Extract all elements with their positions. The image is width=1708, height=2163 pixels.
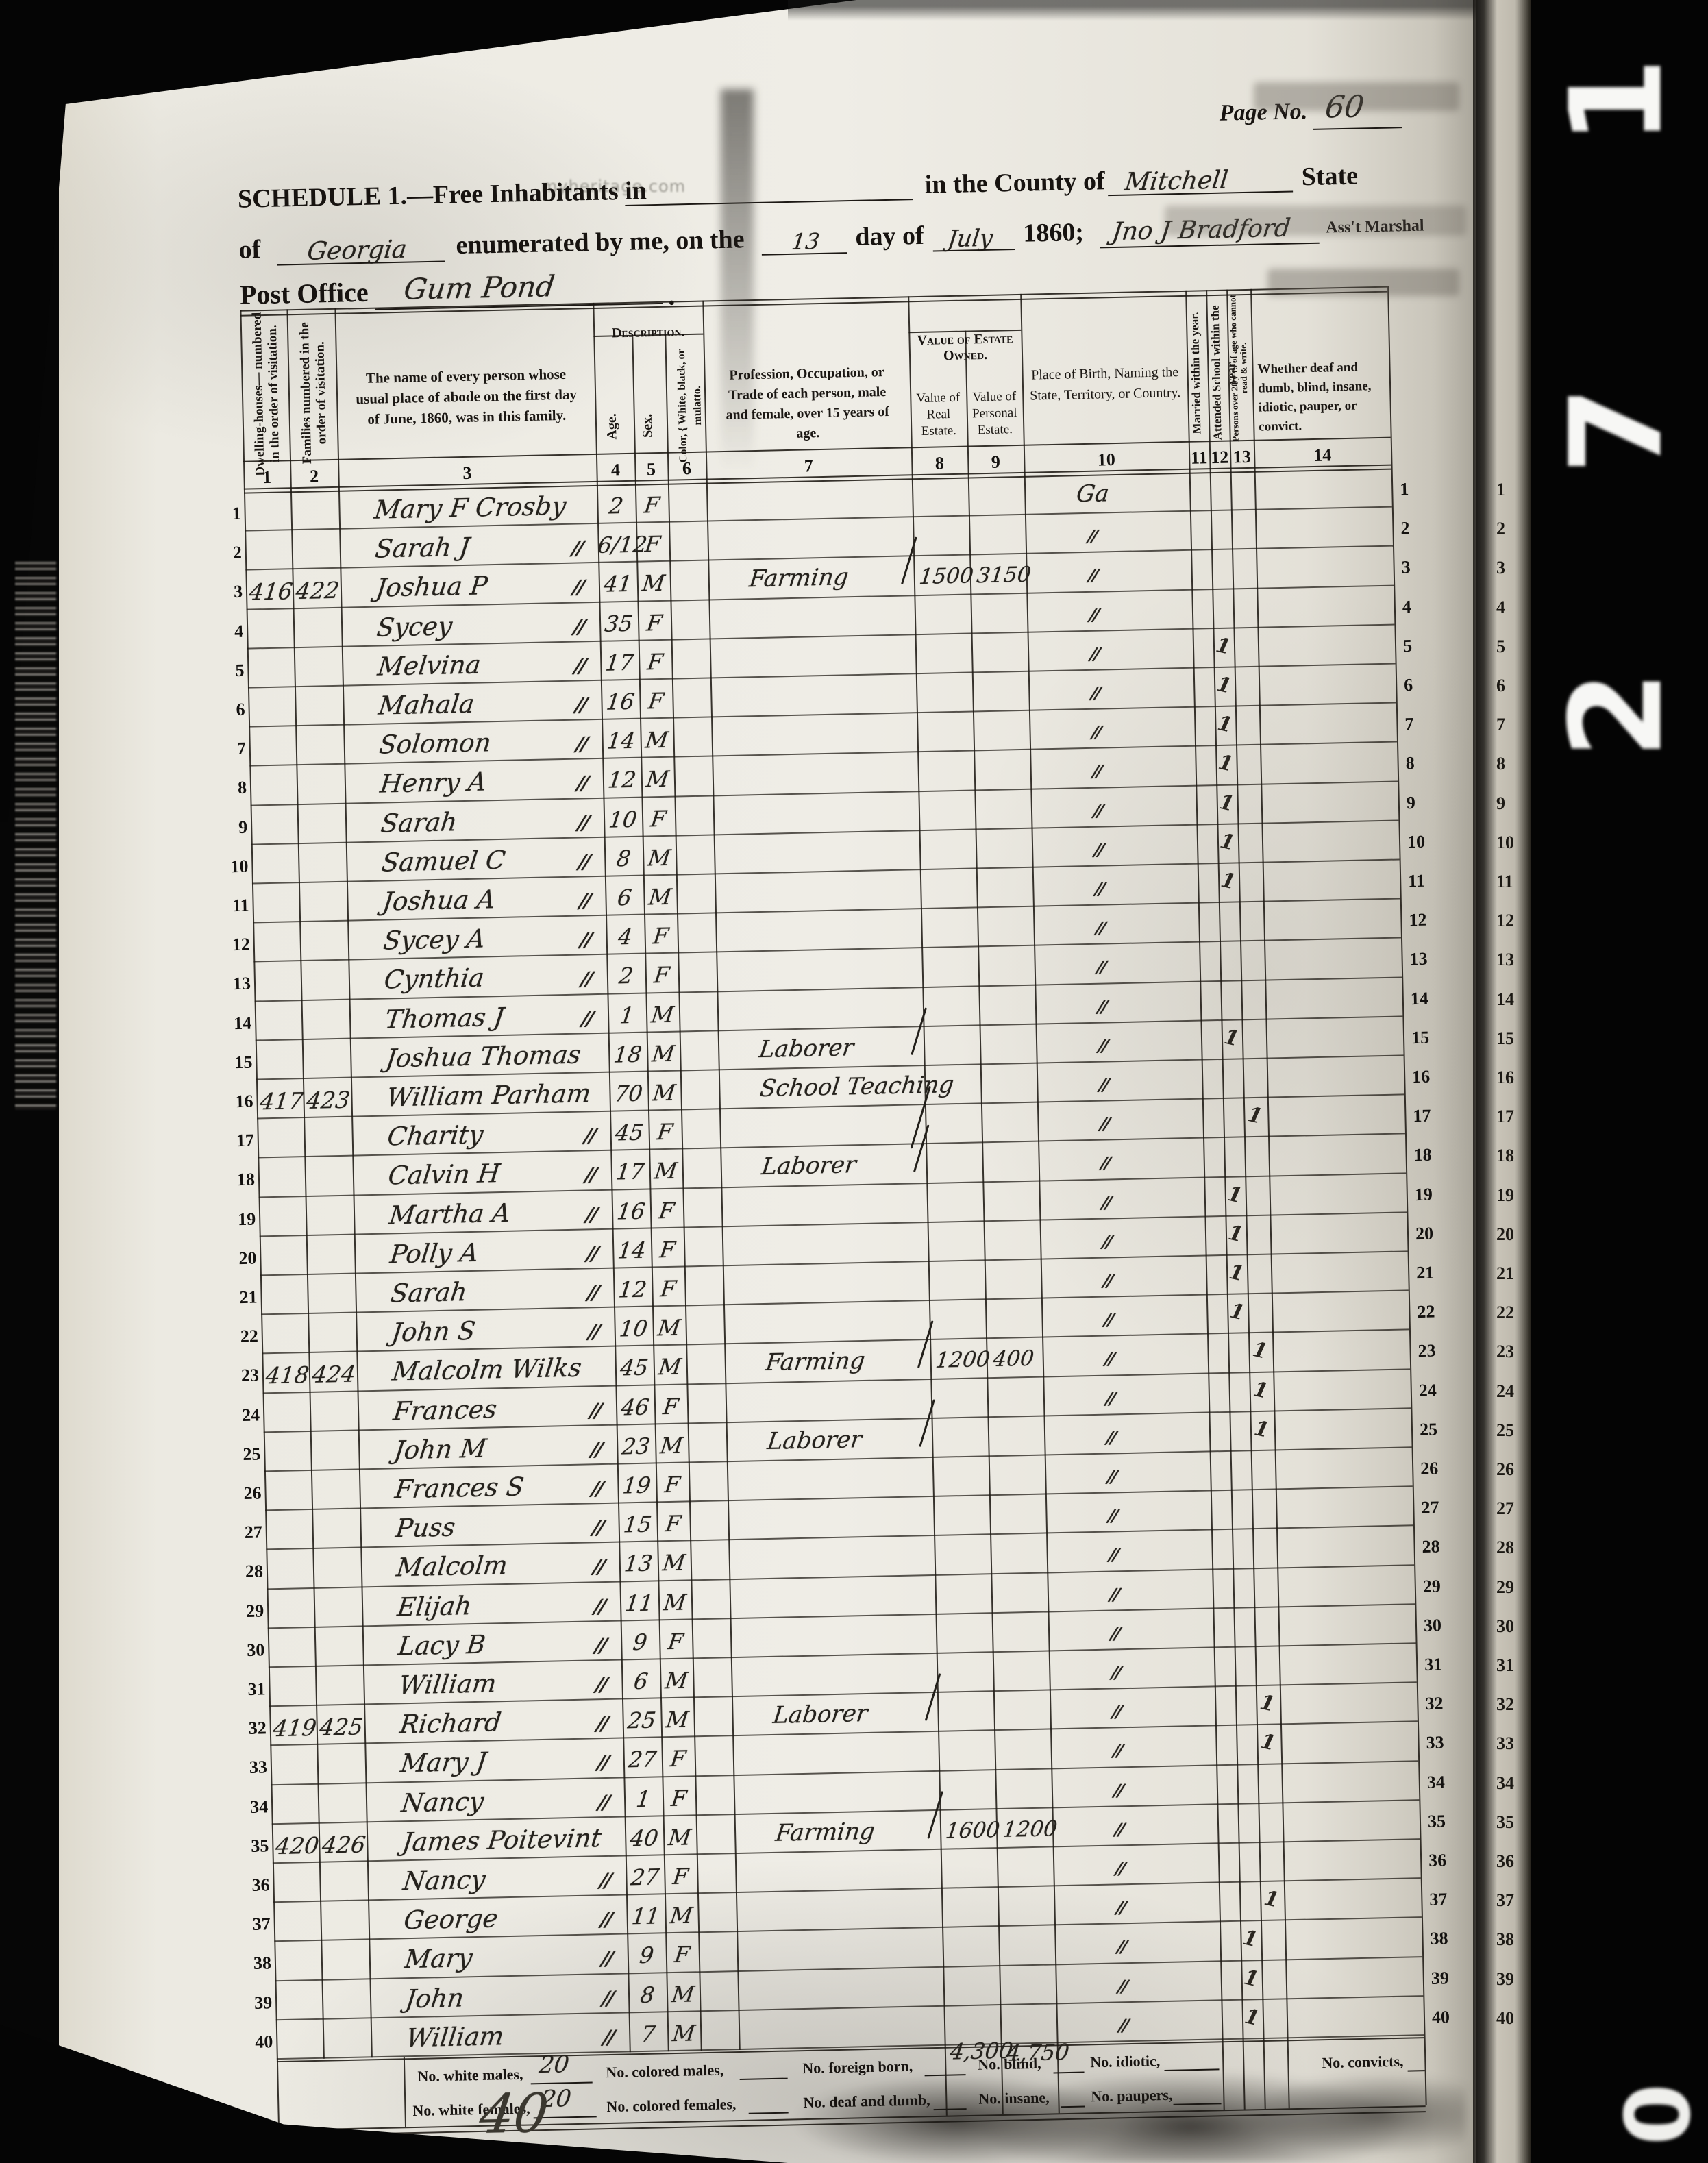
real-estate-value: 1600 [944,1818,1001,1844]
page-gutter: 1234567891011121314151617181920212223242… [1473,0,1533,2163]
age-value: 17 [599,649,641,676]
person-name: Sarah J [373,532,471,564]
sliver-row-number: 34 [1496,1773,1514,1794]
person-name: Martha A [388,1198,512,1230]
age-value: 14 [600,728,642,754]
person-name: Sarah [389,1277,469,1308]
surname-ditto: // [577,850,589,873]
sliver-row-number: 35 [1496,1812,1514,1833]
surname-ditto: // [584,1164,596,1187]
top-right-film-edge [788,0,1476,21]
row-number-right: 11 [1408,870,1443,891]
row-number-left: 27 [233,1522,262,1544]
row-number-right: 26 [1420,1458,1455,1479]
row-number-left: 33 [238,1757,268,1779]
county-label: in the County of [924,166,1105,199]
sex-value: F [643,923,679,950]
sex-value: M [662,1824,698,1851]
surname-ditto: // [572,615,584,638]
census-scan-page: myheritage.com Page No. 60 SCHEDULE 1.—F… [0,0,1708,2163]
birthplace-ditto: // [1104,1388,1115,1408]
sliver-row-number: 21 [1496,1263,1514,1284]
row-number-right: 34 [1426,1771,1461,1792]
attended-school-tick: 1 [1225,1181,1244,1208]
age-value: 6/12 [596,532,638,558]
day-of-label: day of [855,221,924,252]
birthplace-ditto: // [1115,1858,1125,1878]
row-number-right: 6 [1404,674,1439,695]
age-value: 6 [620,1668,662,1694]
surname-ditto: // [583,1124,595,1147]
sex-value: M [645,1001,681,1028]
sex-value: M [636,570,672,597]
attended-school-tick: 1 [1241,1926,1260,1953]
sex-value: M [659,1706,695,1733]
row-number-right: 24 [1419,1380,1454,1401]
surname-ditto: // [579,928,591,951]
sex-value: M [663,1902,700,1929]
attended-school-tick: 1 [1217,789,1236,816]
row-number-right: 40 [1432,2007,1467,2028]
row-number-right: 37 [1429,1889,1464,1910]
row-number-right: 31 [1424,1654,1459,1675]
sliver-row-number: 40 [1496,2008,1514,2029]
occupation-value: Laborer [758,1034,855,1063]
sliver-row-number: 5 [1496,636,1505,657]
person-name: Solomon [378,728,493,760]
family-number: 426 [321,1831,367,1858]
person-name: Joshua A [381,885,497,917]
bottom-shadow [740,2042,1466,2163]
person-name: Malcolm Wilks [391,1353,583,1387]
birthplace-ditto: // [1093,839,1103,859]
row-number-right: 15 [1411,1027,1446,1048]
sliver-row-number: 1 [1496,480,1505,500]
birthplace-ditto: // [1106,1466,1117,1486]
sliver-row-number: 19 [1496,1185,1514,1206]
surname-ditto: // [600,1947,612,1970]
cannot-read-tick: 1 [1262,1886,1281,1913]
sheet-content: Page No. 60 SCHEDULE 1.—Free Inhabitants… [52,0,1514,2163]
row-number-left: 11 [220,895,249,917]
sex-value: F [654,1471,691,1498]
age-value: 11 [625,1903,667,1929]
column-number-7: 7 [795,456,823,477]
col-header-name: The name of every person whose usual pla… [351,363,582,430]
row-number-right: 32 [1425,1693,1460,1714]
person-name: Henry A [378,767,488,799]
sliver-row-number: 31 [1496,1655,1514,1676]
surname-ditto: // [593,1595,605,1618]
row-number-left: 6 [216,700,245,721]
row-number-left: 15 [223,1052,253,1073]
sliver-row-number: 37 [1496,1890,1514,1911]
year-label: 1860; [1023,217,1085,249]
sliver-row-number: 12 [1496,911,1514,931]
sliver-row-number: 9 [1496,793,1505,814]
row-number-right: 16 [1412,1066,1447,1087]
age-value: 8 [627,1981,669,2008]
row-number-right: 1 [1400,478,1435,499]
sex-value: F [641,805,677,832]
row-number-right: 8 [1405,753,1440,774]
row-number-right: 23 [1418,1340,1452,1361]
row-number-right: 36 [1428,1850,1463,1871]
sex-value: F [636,609,673,636]
sliver-row-number: 13 [1496,950,1514,970]
row-number-left: 26 [232,1483,262,1504]
occupation-value: Laborer [760,1152,857,1181]
district-blank [625,197,913,206]
row-number-left: 35 [240,1836,269,1857]
col-header-deaf-dumb: Whether deaf and dumb, blind, insane, id… [1257,358,1385,437]
age-value: 17 [610,1159,652,1185]
age-value: 25 [621,1707,663,1733]
sex-value: M [666,2020,702,2047]
birthplace-ditto: // [1098,1074,1109,1094]
sex-value: M [654,1432,690,1459]
film-scratches [15,562,56,1110]
surname-ditto: // [575,732,587,755]
sliver-row-number: 17 [1496,1107,1514,1127]
sex-value: F [660,1746,697,1772]
surname-ditto: // [591,1477,603,1500]
row-number-left: 24 [231,1405,260,1426]
sliver-row-number: 10 [1496,832,1514,853]
person-name: Polly A [388,1237,480,1269]
sex-value: M [651,1315,687,1342]
row-number-right: 28 [1422,1536,1457,1557]
age-value: 27 [622,1746,664,1773]
birthplace-ditto: // [1100,1153,1110,1173]
surname-ditto: // [575,772,588,795]
value-estate-group-header: Value of Estate Owned. [908,331,1022,364]
birthplace-ditto: // [1108,1545,1118,1565]
dwelling-number: 420 [274,1832,321,1859]
birthplace-ditto: // [1103,1310,1113,1330]
row-number-right: 7 [1404,713,1439,734]
birthplace-ditto: // [1096,996,1106,1016]
person-name: Richard [398,1707,503,1739]
row-number-left: 1 [212,504,241,525]
occupation-value: Laborer [766,1426,863,1455]
cannot-read-tick: 1 [1258,1690,1277,1717]
film-band: 172 0 [1531,0,1708,2163]
person-name: William Parham [385,1078,593,1112]
person-name: Sycey [375,611,454,642]
row-number-right: 4 [1402,596,1437,617]
age-value: 1 [606,1002,648,1028]
birthplace-ditto: // [1099,1114,1109,1134]
surname-ditto: // [585,1242,597,1265]
surname-ditto: // [584,1203,597,1226]
sliver-row-number: 29 [1496,1577,1514,1598]
birthplace-ditto: // [1111,1701,1122,1721]
sliver-row-number: 33 [1496,1733,1514,1754]
occupation-value: Laborer [771,1700,869,1729]
table-vline-15 [404,2057,406,2127]
person-name: Mary F Crosby [373,491,568,525]
sex-value: F [647,1119,683,1146]
dwelling-number: 419 [271,1714,318,1742]
birthplace-ditto: // [1109,1584,1119,1604]
row-number-left: 14 [223,1013,252,1034]
age-value: 11 [619,1590,660,1616]
sex-value: M [656,1550,693,1577]
age-value: 10 [612,1315,654,1342]
sliver-row-number: 6 [1496,676,1505,696]
bleedthrough-patch [1165,206,1466,236]
cannot-read-tick: 1 [1250,1337,1270,1364]
age-value: 4 [604,924,646,950]
surname-ditto: // [596,1751,608,1774]
surname-ditto: // [571,537,583,560]
person-name: William [405,2021,506,2053]
day-value: 13 [790,228,821,255]
birthplace-ditto: // [1095,918,1105,938]
surname-ditto: // [586,1281,599,1304]
age-value: 15 [617,1511,658,1538]
person-name: James Poitevint [401,1823,603,1857]
enumerated-text: enumerated by me, on the [456,224,745,260]
column-number-13: 13 [1228,447,1256,468]
row-number-left: 32 [237,1718,267,1740]
surname-ditto: // [599,1869,611,1892]
white-males-label: No. white males, [417,2066,523,2086]
surname-ditto: // [595,1712,608,1735]
attended-school-tick: 1 [1217,829,1237,856]
family-number: 423 [305,1087,351,1114]
of-label: of [238,234,261,265]
schedule-title: SCHEDULE 1.—Free Inhabitants in [238,175,647,214]
family-number: 422 [295,577,341,604]
day-underline [762,251,847,256]
row-number-left: 4 [214,621,244,642]
row-number-left: 30 [236,1640,265,1661]
row-number-left: 28 [234,1561,264,1583]
row-number-left: 16 [224,1091,253,1113]
birthplace-ditto: // [1102,1270,1113,1290]
attended-school-tick: 1 [1213,633,1233,660]
age-value: 12 [602,767,643,793]
age-value: 45 [608,1120,650,1146]
row-number-right: 9 [1407,792,1441,813]
sex-value: F [649,1236,686,1263]
person-name: Calvin H [386,1159,502,1191]
personal-estate-value: 3150 [976,563,1032,589]
birthplace-ditto: // [1089,643,1099,663]
birthplace-ditto: // [1101,1231,1111,1251]
sliver-row-number: 39 [1496,1969,1514,1990]
surname-ditto: // [602,2026,614,2049]
age-value: 1 [623,1785,665,1812]
sex-value: M [641,844,678,871]
birthplace-ditto: // [1091,761,1102,781]
surname-ditto: // [589,1438,602,1461]
column-number-14: 14 [1309,445,1337,466]
cannot-read-tick: 1 [1252,1416,1271,1443]
sliver-row-number: 26 [1496,1459,1514,1480]
film-frame-digit: 1 [1542,58,1690,146]
row-number-left: 17 [225,1130,255,1152]
row-number-right: 35 [1428,1811,1463,1832]
row-number-left: 3 [214,582,243,603]
row-number-right: 18 [1413,1144,1448,1165]
birthplace-ditto: // [1092,800,1102,820]
row-number-left: 36 [240,1875,270,1896]
person-name: Elijah [396,1591,473,1622]
row-number-right: 33 [1426,1732,1461,1753]
row-number-right: 27 [1421,1497,1456,1518]
cannot-read-tick: 1 [1251,1377,1270,1404]
row-number-left: 38 [243,1953,272,1975]
sex-value: M [646,1079,682,1106]
row-number-left: 10 [219,856,249,877]
sex-value: M [648,1158,684,1185]
birthplace-ditto: // [1096,957,1106,977]
attended-school-tick: 1 [1215,711,1235,738]
row-number-right: 10 [1407,831,1442,852]
person-name: Sycey A [382,924,486,956]
row-number-right: 14 [1411,988,1446,1009]
col-header-married: Married within the year. [1187,304,1208,442]
sex-value: M [657,1589,693,1616]
sex-value: F [663,1863,699,1890]
column-number-9: 9 [982,452,1010,473]
person-name: Cynthia [382,963,486,995]
sex-value: M [665,1981,702,2007]
sliver-row-number: 8 [1496,754,1505,774]
grand-total-scribble: 40 [476,2083,552,2146]
attended-school-tick: 1 [1241,1965,1261,1992]
age-value: 9 [619,1629,661,1655]
age-value: 2 [595,493,637,519]
column-number-4: 4 [602,460,630,481]
col-header-dwelling: Dwelling-houses— numbered in the order o… [249,312,280,477]
surname-ditto: // [580,1007,593,1030]
birthplace-ditto: // [1117,2015,1128,2035]
person-name: Charity [386,1120,485,1152]
attended-school-tick: 1 [1226,1221,1245,1248]
real-estate-value: 1500 [918,564,975,590]
surname-ditto: // [597,1791,609,1814]
sex-value: F [644,962,680,989]
row-number-left: 9 [219,817,248,838]
age-value: 10 [602,806,644,832]
column-number-1: 1 [253,467,281,489]
row-number-left: 2 [213,543,243,564]
row-number-left: 7 [217,739,247,760]
surname-ditto: // [599,1908,612,1931]
dwelling-number: 418 [264,1361,311,1389]
row-number-left: 8 [218,778,247,799]
birthplace-ditto: // [1100,1192,1111,1212]
row-number-left: 13 [222,974,251,995]
surname-ditto: // [595,1673,607,1696]
sex-value: F [650,1275,686,1302]
col-header-personal-estate: Value of Personal Estate. [967,388,1022,439]
row-number-right: 5 [1403,635,1438,656]
sex-value: F [655,1511,691,1537]
sex-value: F [634,531,671,558]
person-name: Lacy B [397,1629,487,1661]
age-value: 23 [615,1433,657,1459]
sliver-row-number: 14 [1496,989,1514,1010]
attended-school-tick: 1 [1227,1260,1246,1287]
state-word: State [1301,161,1358,193]
sex-value: F [653,1393,689,1420]
sliver-row-number: 30 [1496,1616,1514,1637]
surname-ditto: // [593,1634,606,1657]
row-number-left: 29 [235,1600,264,1622]
attended-school-tick: 1 [1228,1299,1247,1326]
surname-ditto: // [571,576,584,599]
age-value: 9 [626,1942,668,1969]
sex-value: M [658,1667,695,1694]
row-number-right: 29 [1422,1576,1457,1597]
attended-school-tick: 1 [1215,672,1234,699]
dwelling-number: 416 [248,578,295,606]
post-office-label: Post Office [239,276,369,311]
row-number-right: 30 [1424,1615,1459,1636]
person-name: Mahala [377,689,476,721]
surname-ditto: // [574,693,586,716]
person-name: Samuel C [380,845,507,878]
white-males-value: 20 [538,2051,571,2079]
birthplace-ditto: // [1087,565,1098,585]
sliver-row-number: 22 [1496,1302,1514,1323]
sliver-row-number: 15 [1496,1028,1514,1049]
occupation-value: Farming [764,1347,866,1376]
sex-value: F [638,688,674,715]
person-name: Puss [394,1513,457,1544]
birthplace-ditto: // [1090,683,1100,703]
row-number-left: 19 [227,1209,256,1230]
age-value: 46 [615,1394,656,1420]
age-value: 45 [614,1355,656,1381]
person-name: Mary J [399,1747,488,1779]
birthplace-ditto: // [1091,722,1101,742]
row-number-left: 20 [227,1248,257,1269]
row-number-right: 39 [1431,1967,1465,1988]
person-name: William [397,1668,498,1700]
fold-shadow [721,89,754,473]
birthplace-ditto: // [1117,1976,1127,1996]
family-number: 425 [318,1714,364,1741]
person-name: Nancy [400,1786,486,1818]
age-value: 7 [628,2020,669,2047]
sex-value: F [634,492,670,519]
col-header-families: Families numbered in the order of visita… [297,310,327,475]
sliver-row-number: 16 [1496,1067,1514,1088]
person-name: Joshua Thomas [384,1039,583,1073]
age-value: 13 [618,1550,660,1577]
row-number-right: 22 [1417,1301,1452,1322]
row-number-right: 20 [1415,1223,1450,1244]
person-name: Sarah [380,807,459,838]
row-number-right: 17 [1413,1105,1448,1126]
person-name: John S [390,1316,477,1348]
birthplace-ditto: // [1094,879,1104,899]
birthplace-ditto: // [1115,1897,1126,1917]
person-name: Mary [403,1943,474,1974]
col-header-birthplace: Place of Birth, Naming the State, Territ… [1026,362,1184,406]
row-number-left: 39 [243,1992,273,2014]
film-bottom-digit: 0 [1606,2084,1708,2145]
person-name: Thomas J [384,1002,506,1034]
sex-value: F [665,1942,701,1968]
occupation-value: Farming [747,564,850,593]
